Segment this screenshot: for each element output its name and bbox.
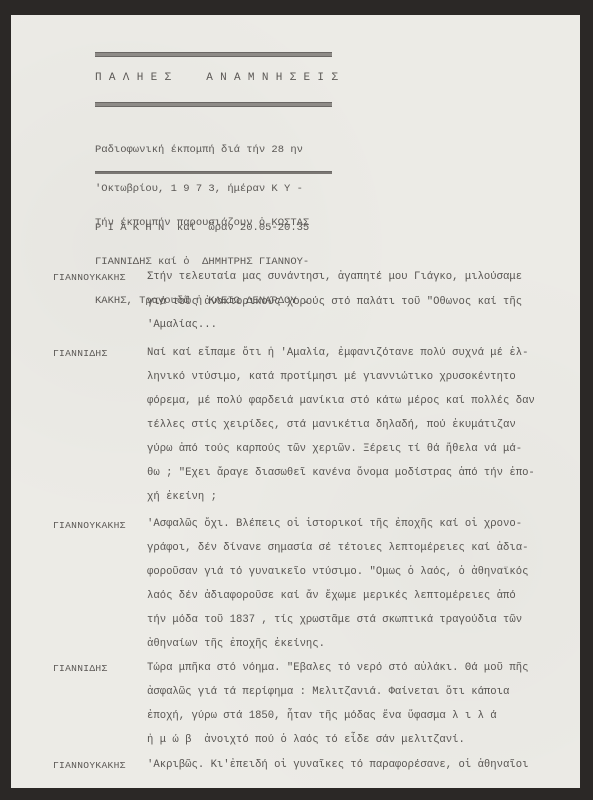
dialogue-line: γράφοι, δέν δίνανε σημασία σέ τέτοιες λε…: [147, 542, 528, 554]
dialogue-line: ληνικό ντύσιμο, κατά προτίμησι μέ γιαννι…: [147, 371, 516, 383]
dialogue-line: Στήν τελευταία μας συνάντησι, ἀγαπητέ μο…: [147, 271, 522, 283]
dialogue-line: 'Ασφαλῶς ὄχι. Βλέπεις οἱ ἱστορικοί τῆς ἐ…: [147, 518, 522, 530]
dialogue-line: θω ; "Εχει ἄραγε διασωθεῖ κανένα ὄνομα μ…: [147, 467, 535, 479]
top-double-rule: [95, 52, 332, 57]
dialogue-line: γύρω ἀπό τούς καρπούς τῶν χεριῶν. Ξέρεις…: [147, 443, 522, 455]
dialogue-line: Ναί καί εἴπαμε ὅτι ἡ 'Αμαλία, ἐμφανιζότα…: [147, 347, 528, 359]
dialogue-line: ἀθηναίων τῆς ἐποχῆς ἐκείνης.: [147, 638, 325, 650]
presenters-info: Τήν έκπομπήν παρουσιάζουν ὁ ΚΩΣΤΑΣ ΓΙΑΝΝ…: [95, 191, 309, 334]
dialogue-line: τήν μόδα τοῦ 1837 , τίς χρωστᾶμε στά σκω…: [147, 614, 522, 626]
dialogue-line: ἀσφαλῶς γιά τά περίφημα : Μελιτζανιά. Φα…: [147, 686, 509, 698]
speaker-label: ΓΙΑΝΝΙΔΗΣ: [53, 663, 108, 674]
dialogue-line: χή ἐκείνη ;: [147, 491, 217, 503]
presenters-line: ΓΙΑΝΝΙΔΗΣ καί ὁ ΔΗΜΗΤΡΗΣ ΓΙΑΝΝΟΥ-: [95, 256, 309, 269]
speaker-label: ΓΙΑΝΝΟΥΚΑΚΗΣ: [53, 272, 126, 283]
dialogue-line: φόρεμα, μέ πολύ φαρδειά μανίκια στό κάτω…: [147, 395, 535, 407]
speaker-label: ΓΙΑΝΝΟΥΚΑΚΗΣ: [53, 760, 126, 771]
broadcast-line: Ραδιοφωνική έκπομπή διά τήν 28 ην: [95, 144, 309, 157]
section-divider-rule: [95, 171, 332, 174]
dialogue-line: Τώρα μπῆκα στό νόημα. "Εβαλες τό νερό στ…: [147, 662, 528, 674]
dialogue-line: 'Ακριβῶς. Κι'ἐπειδή οἱ γυναῖκες τό παραφ…: [147, 759, 528, 771]
speaker-label: ΓΙΑΝΝΙΔΗΣ: [53, 348, 108, 359]
dialogue-line: γιά τούς ἀνακτορικούς χορούς στό παλάτι …: [147, 296, 522, 308]
dialogue-line: 'Αμαλίας...: [147, 319, 217, 331]
dialogue-line: ἐποχή, γύρω στά 1850, ἦταν τῆς μόδας ἕνα…: [147, 710, 497, 722]
document-title: ΠΑΛΗΕΣ ΑΝΑΜΝΗΣΕΙΣ: [95, 72, 345, 84]
dialogue-line: τέλλες στίς χειρίδες, στά μανικέτια δηλα…: [147, 419, 516, 431]
dialogue-line: ἡ μ ώ β ἀνοιχτό πού ὁ λαός τό εἶδε σάν μ…: [147, 734, 465, 746]
presenters-line: Τήν έκπομπήν παρουσιάζουν ὁ ΚΩΣΤΑΣ: [95, 217, 309, 230]
title-underline-rule: [95, 102, 332, 107]
typewritten-page: ΠΑΛΗΕΣ ΑΝΑΜΝΗΣΕΙΣ Ραδιοφωνική έκπομπή δι…: [11, 15, 580, 788]
dialogue-line: φοροῦσαν γιά τό γυναικεῖο ντύσιμο. "Ομως…: [147, 566, 528, 578]
dialogue-line: λαός δέν ἀδιαφοροῦσε καί ἄν ἔχωμε μερικέ…: [147, 590, 516, 602]
speaker-label: ΓΙΑΝΝΟΥΚΑΚΗΣ: [53, 520, 126, 531]
